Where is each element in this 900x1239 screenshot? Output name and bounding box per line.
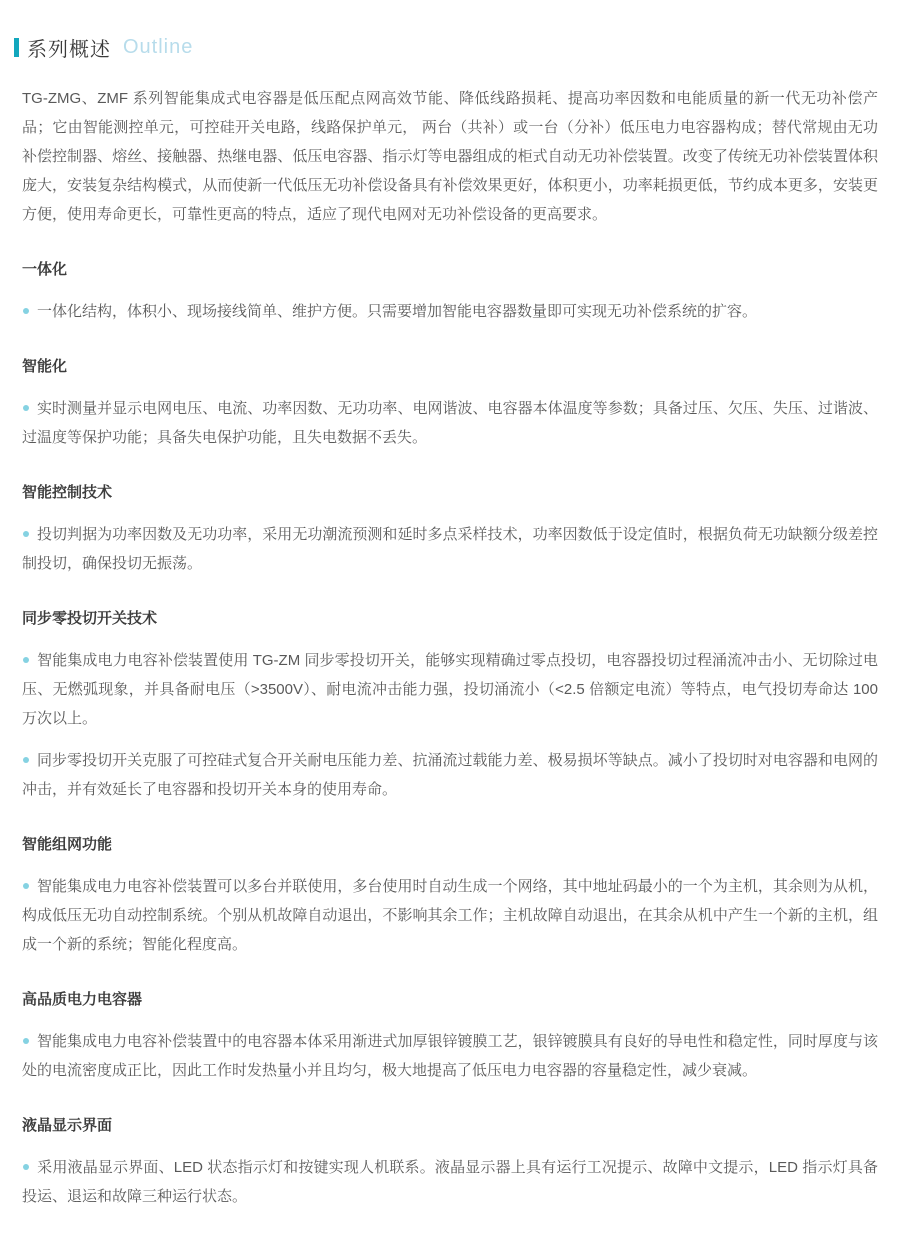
feature-section-heading: 同步零投切开关技术 [22, 604, 878, 633]
feature-section: 同步零投切开关技术 智能集成电力电容补偿装置使用 TG-ZM 同步零投切开关，能… [22, 604, 878, 804]
bullet-text: 智能集成电力电容补偿装置可以多台并联使用，多台使用时自动生成一个网络，其中地址码… [22, 878, 878, 953]
page-title-en: Outline [123, 36, 193, 59]
bullet-item: 同步零投切开关克服了可控硅式复合开关耐电压能力差、抗涌流过载能力差、极易损坏等缺… [22, 746, 878, 804]
bullet-item: 投切判据为功率因数及无功功率，采用无功潮流预测和延时多点采样技术，功率因数低于设… [22, 520, 878, 578]
page-title-cn: 系列概述 [27, 33, 111, 62]
bullet-text: 采用液晶显示界面、LED 状态指示灯和按键实现人机联系。液晶显示器上具有运行工况… [22, 1159, 878, 1205]
feature-section: 液晶显示界面 采用液晶显示界面、LED 状态指示灯和按键实现人机联系。液晶显示器… [22, 1111, 878, 1211]
intro-paragraph: TG-ZMG、ZMF 系列智能集成式电容器是低压配点网高效节能、降低线路损耗、提… [22, 84, 878, 229]
bullet-text: 智能集成电力电容补偿装置使用 TG-ZM 同步零投切开关，能够实现精确过零点投切… [22, 652, 878, 727]
feature-section-heading: 液晶显示界面 [22, 1111, 878, 1140]
bullet-text: 一体化结构，体积小、现场接线简单、维护方便。只需要增加智能电容器数量即可实现无功… [37, 303, 757, 320]
bullet-item: 一体化结构，体积小、现场接线简单、维护方便。只需要增加智能电容器数量即可实现无功… [22, 297, 878, 326]
document-page: 系列概述 Outline TG-ZMG、ZMF 系列智能集成式电容器是低压配点网… [0, 0, 900, 1239]
bullet-text: 智能集成电力电容补偿装置中的电容器本体采用渐进式加厚银锌镀膜工艺，银锌镀膜具有良… [22, 1033, 878, 1079]
bullet-dot-icon [23, 883, 29, 889]
feature-sections: 一体化 一体化结构，体积小、现场接线简单、维护方便。只需要增加智能电容器数量即可… [22, 255, 878, 1211]
feature-section: 高品质电力电容器 智能集成电力电容补偿装置中的电容器本体采用渐进式加厚银锌镀膜工… [22, 985, 878, 1085]
bullet-item: 智能集成电力电容补偿装置使用 TG-ZM 同步零投切开关，能够实现精确过零点投切… [22, 646, 878, 733]
bullet-text: 投切判据为功率因数及无功功率，采用无功潮流预测和延时多点采样技术，功率因数低于设… [22, 526, 878, 572]
bullet-dot-icon [23, 405, 29, 411]
bullet-dot-icon [23, 757, 29, 763]
feature-section-heading: 一体化 [22, 255, 878, 284]
feature-section-heading: 智能组网功能 [22, 830, 878, 859]
feature-section-heading: 智能控制技术 [22, 478, 878, 507]
bullet-dot-icon [23, 531, 29, 537]
feature-section: 智能化 实时测量并显示电网电压、电流、功率因数、无功功率、电网谐波、电容器本体温… [22, 352, 878, 452]
title-accent-bar-icon [14, 38, 19, 57]
bullet-dot-icon [23, 1164, 29, 1170]
bullet-dot-icon [23, 657, 29, 663]
bullet-item: 实时测量并显示电网电压、电流、功率因数、无功功率、电网谐波、电容器本体温度等参数… [22, 394, 878, 452]
bullet-item: 智能集成电力电容补偿装置可以多台并联使用，多台使用时自动生成一个网络，其中地址码… [22, 872, 878, 959]
feature-section: 一体化 一体化结构，体积小、现场接线简单、维护方便。只需要增加智能电容器数量即可… [22, 255, 878, 326]
bullet-text: 同步零投切开关克服了可控硅式复合开关耐电压能力差、抗涌流过载能力差、极易损坏等缺… [22, 752, 878, 798]
feature-section: 智能组网功能 智能集成电力电容补偿装置可以多台并联使用，多台使用时自动生成一个网… [22, 830, 878, 959]
feature-section-heading: 高品质电力电容器 [22, 985, 878, 1014]
page-title: 系列概述 Outline [14, 33, 878, 62]
bullet-dot-icon [23, 1038, 29, 1044]
feature-section-heading: 智能化 [22, 352, 878, 381]
bullet-text: 实时测量并显示电网电压、电流、功率因数、无功功率、电网谐波、电容器本体温度等参数… [22, 400, 878, 446]
bullet-item: 智能集成电力电容补偿装置中的电容器本体采用渐进式加厚银锌镀膜工艺，银锌镀膜具有良… [22, 1027, 878, 1085]
feature-section: 智能控制技术 投切判据为功率因数及无功功率，采用无功潮流预测和延时多点采样技术，… [22, 478, 878, 578]
bullet-item: 采用液晶显示界面、LED 状态指示灯和按键实现人机联系。液晶显示器上具有运行工况… [22, 1153, 878, 1211]
bullet-dot-icon [23, 308, 29, 314]
